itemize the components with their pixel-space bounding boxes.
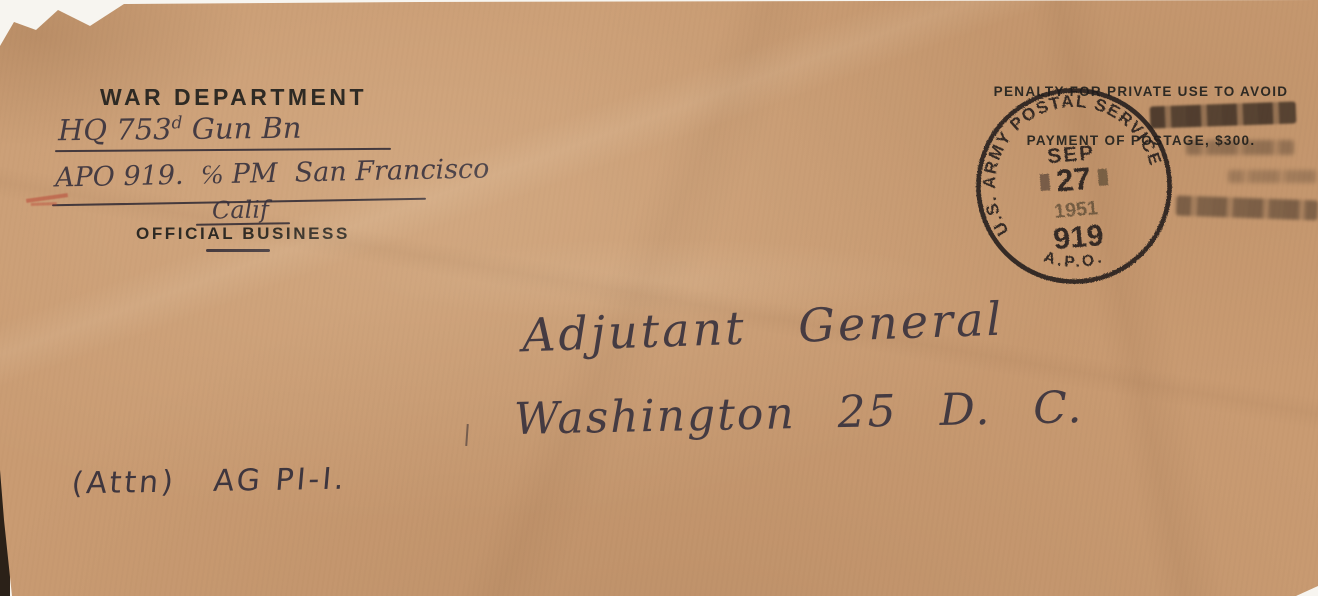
official-business-label: OFFICIAL BUSINESS	[136, 224, 350, 244]
sender-unit-superscript: d	[171, 113, 182, 133]
recipient-name: Adjutant General	[521, 292, 1005, 363]
sender-state: Calif	[212, 196, 269, 225]
stray-ink-mark	[465, 424, 469, 446]
recipient-city: Washington 25 D. C.	[514, 382, 1084, 445]
printed-underline	[206, 249, 270, 252]
war-department-heading: WAR DEPARTMENT	[100, 84, 367, 111]
cancellation-bar	[1228, 170, 1318, 183]
handwritten-underline-1	[55, 148, 391, 152]
sender-unit-text: HQ 753	[58, 112, 172, 147]
postmark-stamp: U.S. ARMY POSTAL SERVICE A.P.O. SEP 27 1…	[968, 80, 1180, 292]
sender-apo-line: APO 919. ℅ PM San Francisco	[55, 153, 490, 193]
cancellation-bar	[1186, 140, 1294, 155]
cancellation-bar	[1176, 196, 1318, 221]
postmark-day: 27	[1055, 161, 1093, 199]
postmark-apo-number: 919	[1052, 219, 1105, 256]
postmark-date-block: SEP 27 1951 919	[1037, 140, 1114, 257]
envelope: WAR DEPARTMENT HQ 753d Gun Bn APO 919. ℅…	[0, 0, 1318, 596]
attention-note: (Attn) AG PI-I.	[70, 462, 348, 502]
scanned-envelope-page: WAR DEPARTMENT HQ 753d Gun Bn APO 919. ℅…	[0, 0, 1318, 596]
sender-unit-line: HQ 753d Gun Bn	[58, 111, 302, 148]
red-pencil-mark	[26, 193, 68, 203]
sender-unit-suffix: Gun Bn	[182, 111, 301, 146]
